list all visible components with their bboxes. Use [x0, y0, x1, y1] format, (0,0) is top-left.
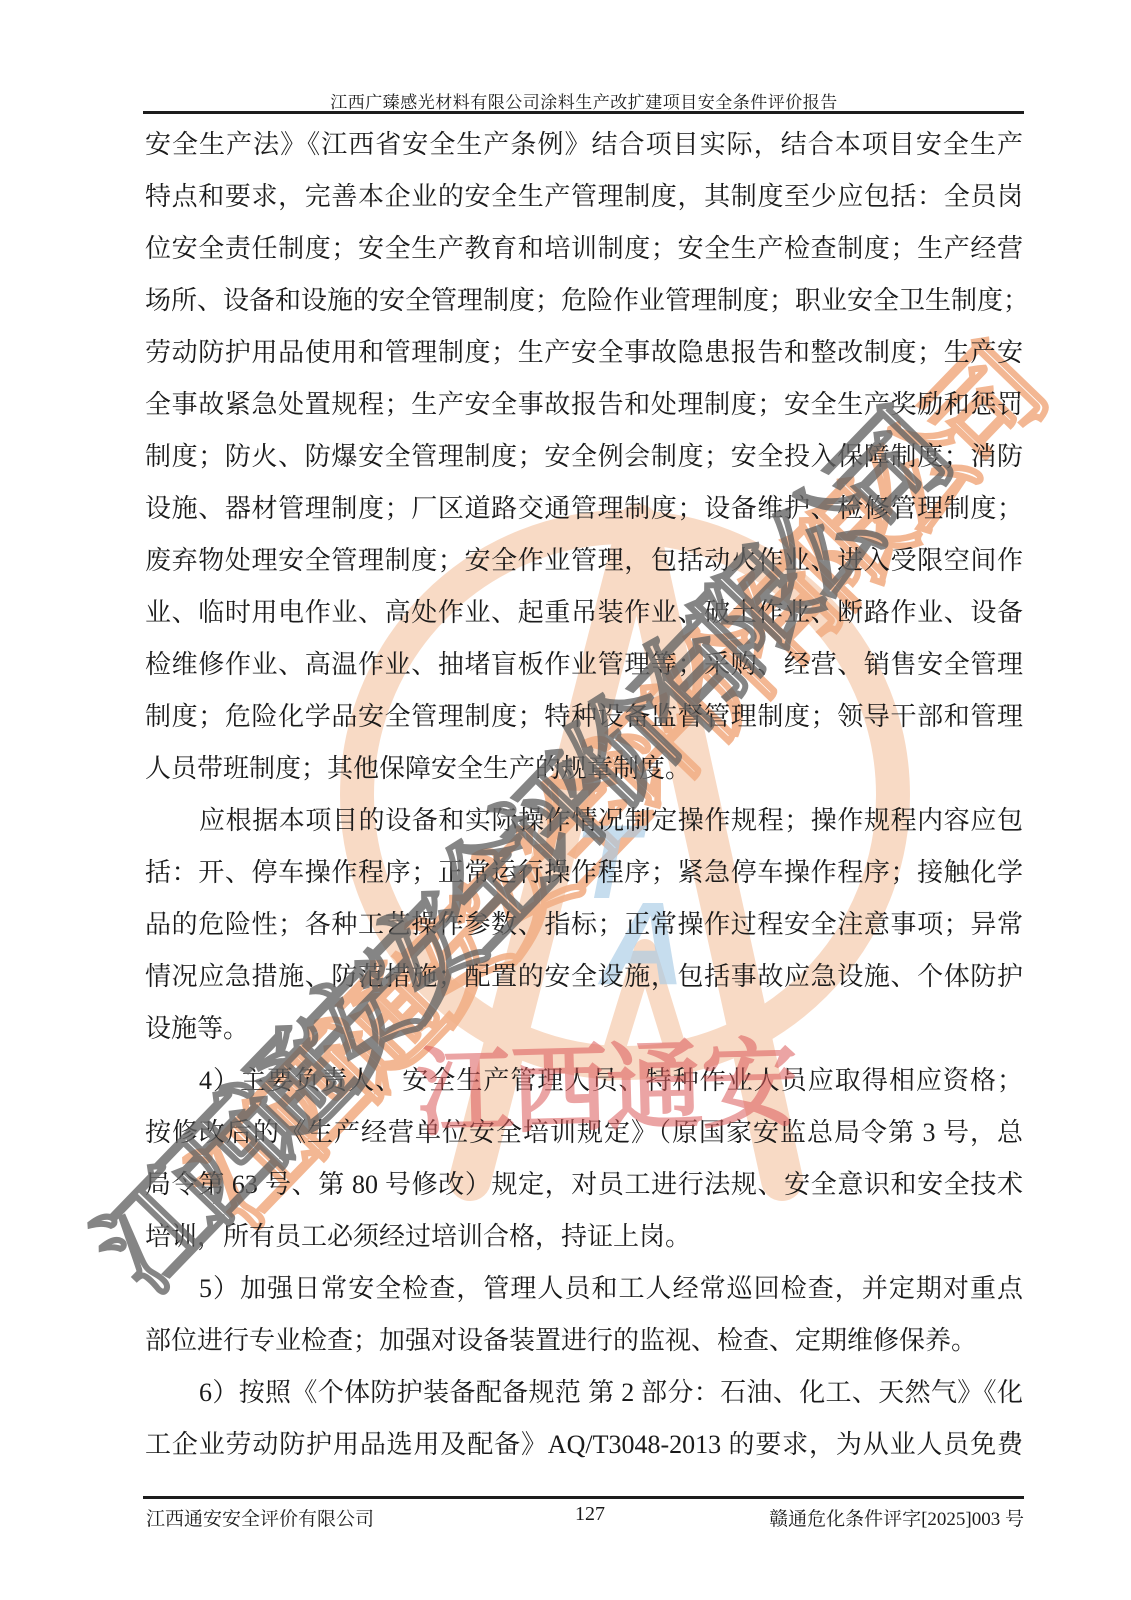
footer-page-number: 127	[545, 1503, 635, 1526]
footer-company-name: 江西通安安全评价有限公司	[146, 1504, 374, 1531]
body-line: 场所、设备和设施的安全管理制度；危险作业管理制度；职业安全卫生制度；	[145, 275, 1023, 327]
body-line: 部位进行专业检查；加强对设备装置进行的监视、检查、定期维修保养。	[145, 1315, 1023, 1367]
body-line: 安全生产法》《江西省安全生产条例》结合项目实际，结合本项目安全生产	[145, 119, 1023, 171]
body-line: 设施等。	[145, 1003, 1023, 1055]
body-line: 特点和要求，完善本企业的安全生产管理制度，其制度至少应包括：全员岗	[145, 171, 1023, 223]
body-line: 制度；防火、防爆安全管理制度；安全例会制度；安全投入保障制度；消防	[145, 431, 1023, 483]
body-line: 培训，所有员工必须经过培训合格，持证上岗。	[145, 1211, 1023, 1263]
body-line: 废弃物处理安全管理制度；安全作业管理，包括动火作业、进入受限空间作	[145, 535, 1023, 587]
body-line: 业、临时用电作业、高处作业、起重吊装作业、破土作业、断路作业、设备	[145, 587, 1023, 639]
header-rule	[143, 111, 1024, 114]
body-line: 按修改后的《生产经营单位安全培训规定》（原国家安监总局令第 3 号，总	[145, 1107, 1023, 1159]
running-header-title: 江西广臻感光材料有限公司涂料生产改扩建项目安全条件评价报告	[145, 88, 1023, 113]
document-page: 江西广臻感光材料有限公司涂料生产改扩建项目安全条件评价报告 江西通安安全评价有限…	[0, 0, 1131, 1600]
body-line: 品的危险性；各种工艺操作参数、指标；正常操作过程安全注意事项；异常	[145, 899, 1023, 951]
body-line: 局令第 63 号、第 80 号修改）规定，对员工进行法规、安全意识和安全技术	[145, 1159, 1023, 1211]
body-line: 制度；危险化学品安全管理制度；特种设备监督管理制度；领导干部和管理	[145, 691, 1023, 743]
body-line: 应根据本项目的设备和实际操作情况制定操作规程；操作规程内容应包	[145, 795, 1023, 847]
footer-document-number: 赣通危化条件评字[2025]003 号	[769, 1504, 1024, 1531]
body-line: 全事故紧急处置规程；生产安全事故报告和处理制度；安全生产奖励和惩罚	[145, 379, 1023, 431]
body-line: 6）按照《个体防护装备配备规范 第 2 部分：石油、化工、天然气》《化	[145, 1367, 1023, 1419]
body-line: 4）主要负责人、安全生产管理人员、特种作业人员应取得相应资格；	[145, 1055, 1023, 1107]
body-line: 劳动防护用品使用和管理制度；生产安全事故隐患报告和整改制度；生产安	[145, 327, 1023, 379]
body-text: 安全生产法》《江西省安全生产条例》结合项目实际，结合本项目安全生产特点和要求，完…	[145, 119, 1023, 1471]
body-line: 设施、器材管理制度；厂区道路交通管理制度；设备维护、检修管理制度；	[145, 483, 1023, 535]
body-line: 括：开、停车操作程序；正常运行操作程序；紧急停车操作程序；接触化学	[145, 847, 1023, 899]
body-line: 人员带班制度；其他保障安全生产的规章制度。	[145, 743, 1023, 795]
body-line: 工企业劳动防护用品选用及配备》AQ/T3048-2013 的要求，为从业人员免费	[145, 1419, 1023, 1471]
body-line: 检维修作业、高温作业、抽堵盲板作业管理等；采购、经营、销售安全管理	[145, 639, 1023, 691]
body-line: 5）加强日常安全检查，管理人员和工人经常巡回检查，并定期对重点	[145, 1263, 1023, 1315]
footer-rule	[143, 1496, 1024, 1499]
body-line: 情况应急措施、防范措施；配置的安全设施，包括事故应急设施、个体防护	[145, 951, 1023, 1003]
body-line: 位安全责任制度；安全生产教育和培训制度；安全生产检查制度；生产经营	[145, 223, 1023, 275]
